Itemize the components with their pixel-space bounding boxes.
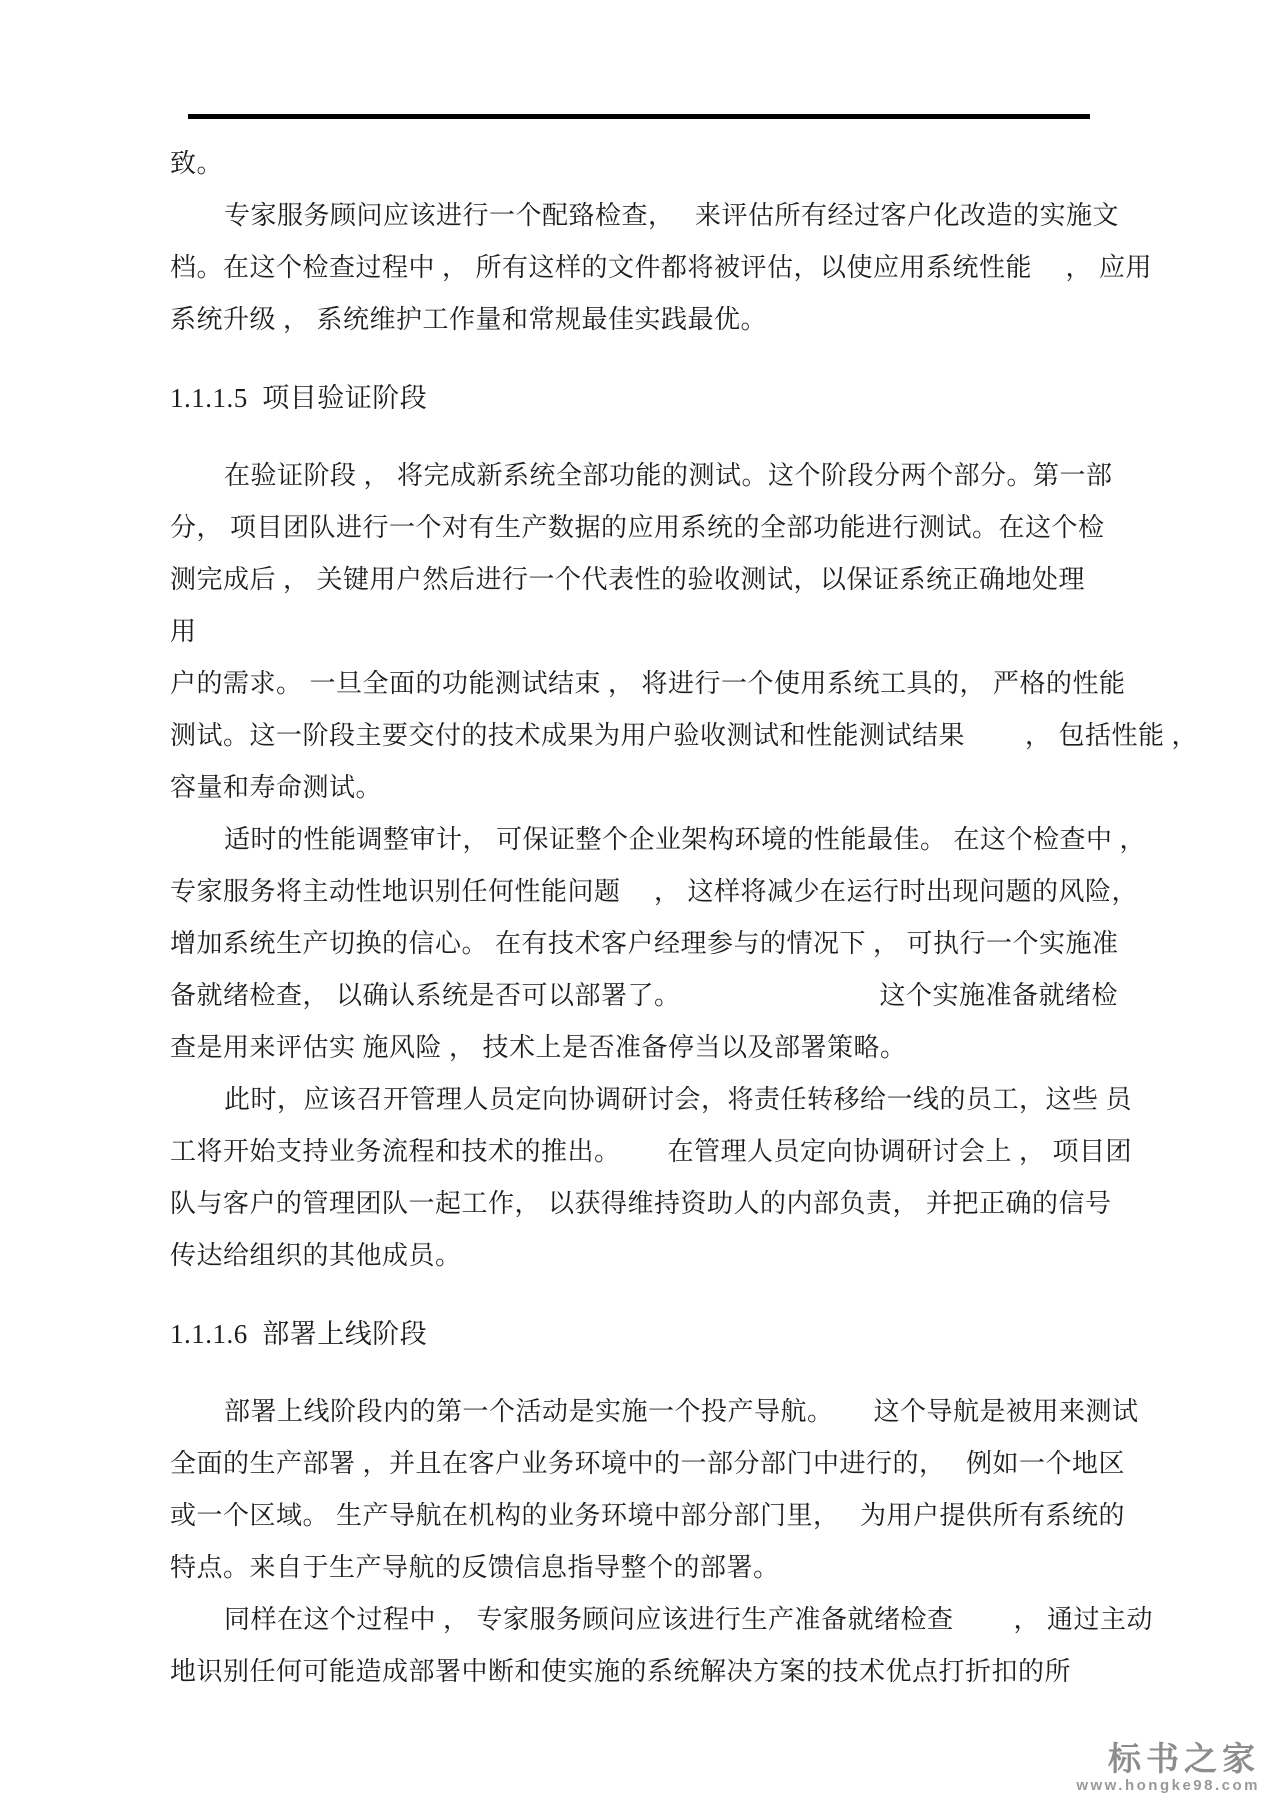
section-heading-1-1-1-5: 1.1.1.5 项目验证阶段	[170, 372, 1126, 424]
text-line: 用	[170, 606, 1126, 658]
document-body: 致。 专家服务顾问应该进行一个配臵检查， 来评估所有经过客户化改造的实施文 档。…	[170, 138, 1126, 1698]
text-line: 档。在这个检查过程中 ， 所有这样的文件都将被评估，以使应用系统性能 ， 应用	[170, 242, 1126, 294]
text-line: 同样在这个过程中 ， 专家服务顾问应该进行生产准备就绪检查 ， 通过主动	[170, 1594, 1126, 1646]
text-line: 适时的性能调整审计， 可保证整个企业架构环境的性能最佳。 在这个检查中 ，	[170, 814, 1126, 866]
text-line: 地识别任何可能造成部署中断和使实施的系统解决方案的技术优点打折扣的所	[170, 1646, 1126, 1698]
text-line: 容量和寿命测试。	[170, 762, 1126, 814]
text-line: 专家服务顾问应该进行一个配臵检查， 来评估所有经过客户化改造的实施文	[170, 190, 1126, 242]
text-line: 致。	[170, 138, 1126, 190]
text-line: 增加系统生产切换的信心。 在有技术客户经理参与的情况下 ， 可执行一个实施准	[170, 918, 1126, 970]
text-line: 此时，应该召开管理人员定向协调研讨会，将责任转移给一线的员工，这些 员	[170, 1074, 1126, 1126]
text-line: 工将开始支持业务流程和技术的推出。 在管理人员定向协调研讨会上 ， 项目团	[170, 1126, 1126, 1178]
text-line: 全面的生产部署 ，并且在客户业务环境中的一部分部门中进行的， 例如一个地区	[170, 1438, 1126, 1490]
document-page: 致。 专家服务顾问应该进行一个配臵检查， 来评估所有经过客户化改造的实施文 档。…	[0, 0, 1274, 1804]
text-line: 户的需求。 一旦全面的功能测试结束 ， 将进行一个使用系统工具的， 严格的性能	[170, 658, 1126, 710]
text-line: 测试。这一阶段主要交付的技术成果为用户验收测试和性能测试结果 ， 包括性能 ，	[170, 710, 1126, 762]
text-line: 分， 项目团队进行一个对有生产数据的应用系统的全部功能进行测试。在这个检	[170, 502, 1126, 554]
text-line: 传达给组织的其他成员。	[170, 1230, 1126, 1282]
text-line: 系统升级 ， 系统维护工作量和常规最佳实践最优。	[170, 294, 1126, 346]
section-heading-1-1-1-6: 1.1.1.6 部署上线阶段	[170, 1308, 1126, 1360]
text-line: 备就绪检查， 以确认系统是否可以部署了。 这个实施准备就绪检	[170, 970, 1126, 1022]
text-line: 特点。来自于生产导航的反馈信息指导整个的部署。	[170, 1542, 1126, 1594]
watermark-logo-text: 标书之家	[1076, 1742, 1260, 1776]
text-line: 测完成后 ， 关键用户然后进行一个代表性的验收测试，以保证系统正确地处理	[170, 554, 1126, 606]
text-line: 专家服务将主动性地识别任何性能问题 ， 这样将减少在运行时出现问题的风险，	[170, 866, 1126, 918]
header-rule	[188, 114, 1090, 119]
watermark-url: www.hongke98.com	[1076, 1776, 1260, 1796]
text-line: 或一个区域。 生产导航在机构的业务环境中部分部门里， 为用户提供所有系统的	[170, 1490, 1126, 1542]
text-line: 队与客户的管理团队一起工作， 以获得维持资助人的内部负责， 并把正确的信号	[170, 1178, 1126, 1230]
text-line: 部署上线阶段内的第一个活动是实施一个投产导航。 这个导航是被用来测试	[170, 1386, 1126, 1438]
text-line: 在验证阶段 ， 将完成新系统全部功能的测试。这个阶段分两个部分。第一部	[170, 450, 1126, 502]
text-line: 查是用来评估实 施风险 ， 技术上是否准备停当以及部署策略。	[170, 1022, 1126, 1074]
watermark: 标书之家 www.hongke98.com	[1076, 1742, 1260, 1796]
